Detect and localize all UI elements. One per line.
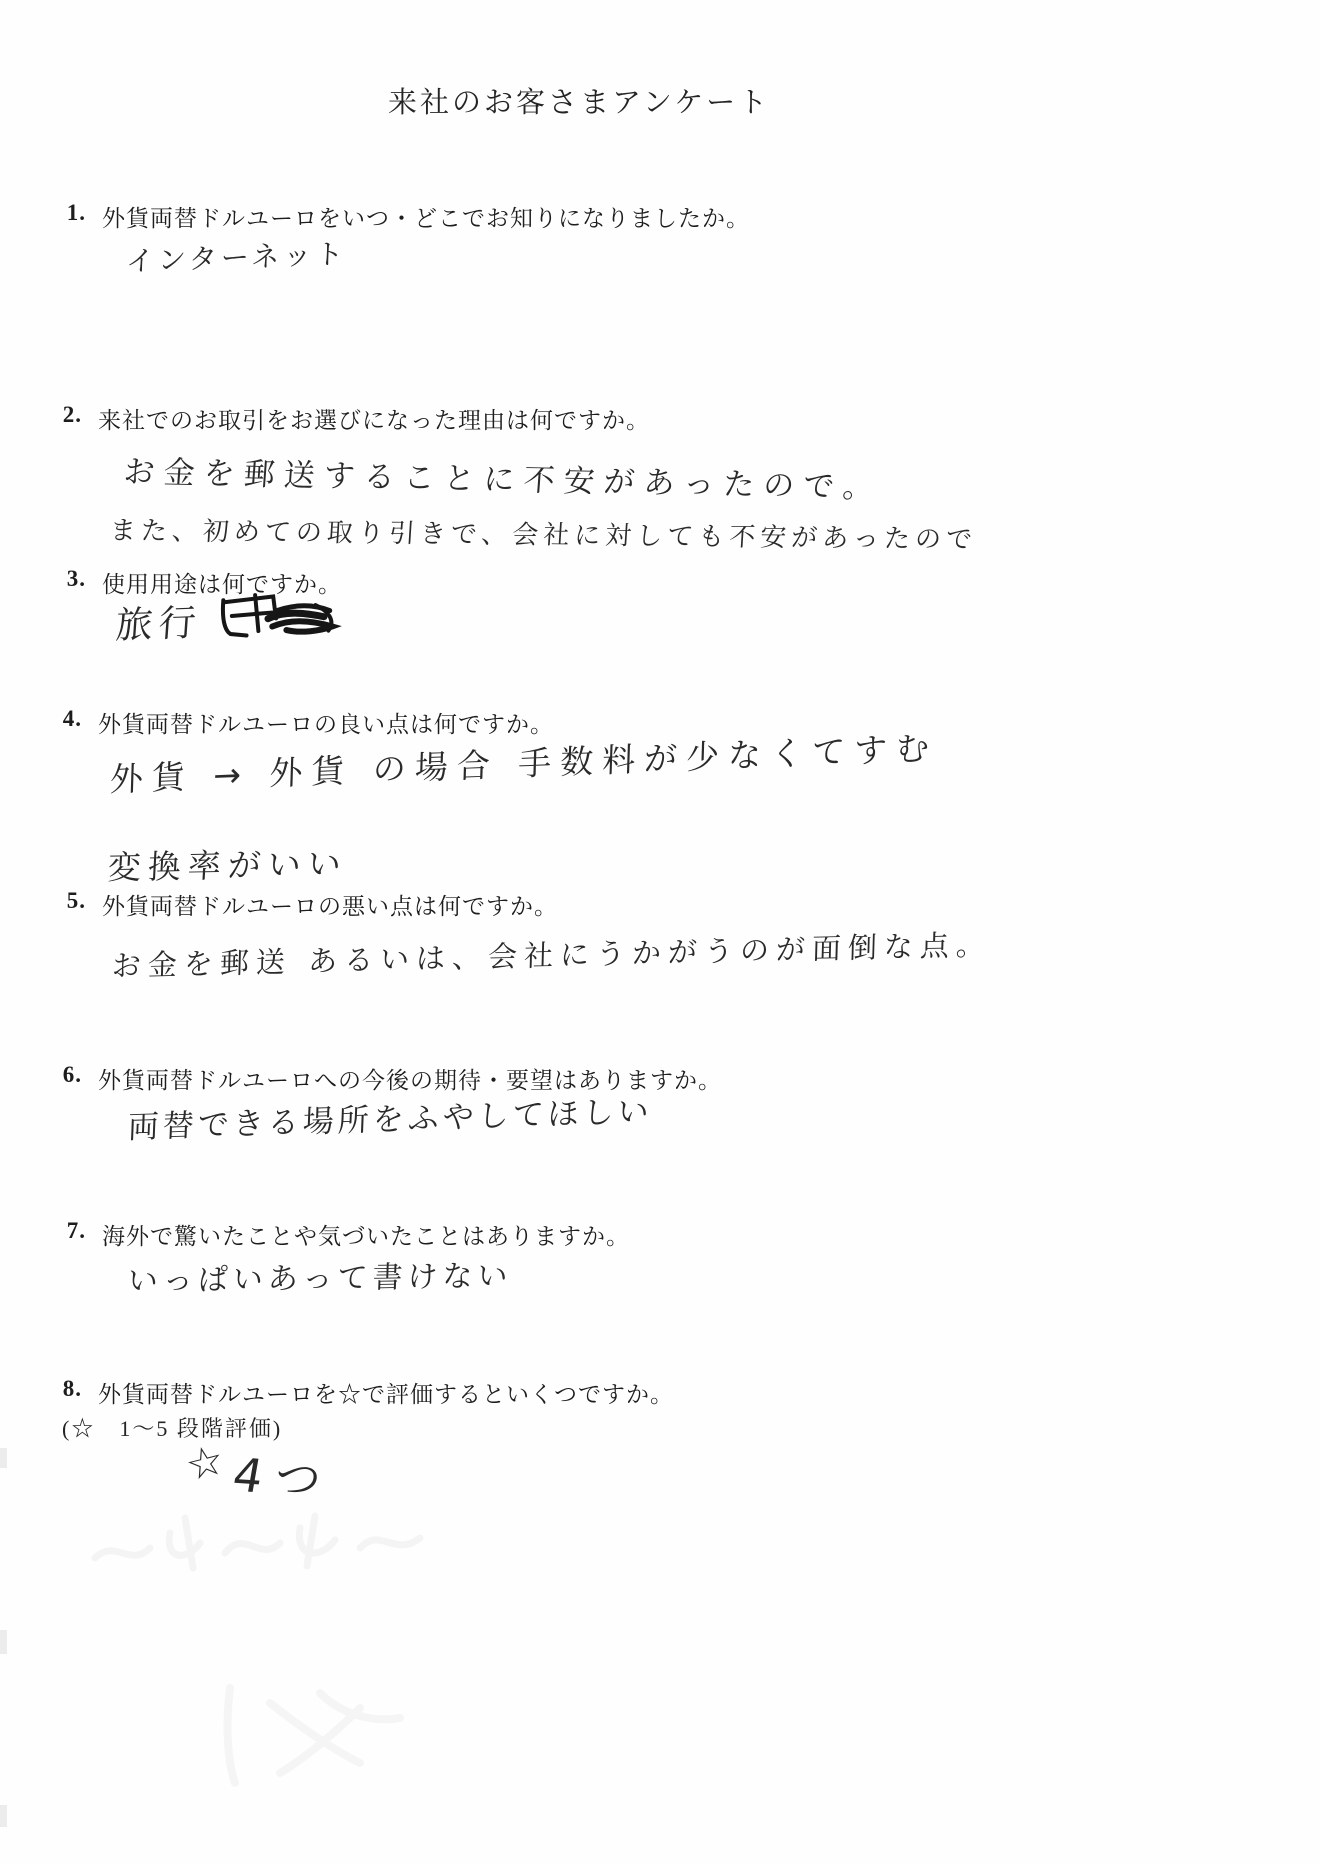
- handwritten-answer-5: お金を郵送 あるいは、会社にうかがうのが面倒な点。: [111, 922, 992, 985]
- handwritten-answer-2-line-1: お金を郵送することに不安があったので。: [122, 446, 884, 507]
- handwritten-answer-1: インターネット: [125, 232, 348, 280]
- handwritten-answer-7: いっぱいあって書けない: [127, 1251, 513, 1300]
- question-7-text: 海外で驚いたことや気づいたことはありますか。: [102, 1218, 630, 1251]
- scribble-strikethrough: [215, 586, 347, 647]
- question-7: 7. 海外で驚いたことや気づいたことはありますか。: [62, 1218, 630, 1251]
- handwritten-answer-3-text: 旅行: [114, 592, 204, 649]
- question-5-number: 5.: [62, 888, 86, 921]
- scan-edge-artifact: [0, 1805, 7, 1827]
- question-8-text: 外貨両替ドルユーロを☆で評価するといくつですか。: [98, 1376, 674, 1409]
- question-8-scale-note: (☆ 1～5 段階評価): [62, 1412, 282, 1443]
- question-6-number: 6.: [58, 1062, 82, 1095]
- hand-drawn-star-icon: ☆: [181, 1438, 228, 1488]
- question-2-number: 2.: [58, 402, 82, 435]
- question-4-text: 外貨両替ドルユーロの良い点は何ですか。: [98, 706, 554, 739]
- question-1: 1. 外貨両替ドルユーロをいつ・どこでお知りになりましたか。: [62, 200, 750, 233]
- question-4: 4. 外貨両替ドルユーロの良い点は何ですか。: [58, 706, 554, 739]
- page-title: 来社のお客さまアンケート: [388, 80, 770, 121]
- question-3-number: 3.: [62, 566, 86, 599]
- question-2-text: 来社でのお取引をお選びになった理由は何ですか。: [98, 402, 650, 435]
- question-8-number: 8.: [58, 1376, 82, 1409]
- bleed-through-mark: [75, 1498, 455, 1593]
- scan-edge-artifact: [0, 1448, 7, 1468]
- question-1-text: 外貨両替ドルユーロをいつ・どこでお知りになりましたか。: [102, 200, 750, 233]
- question-5-text: 外貨両替ドルユーロの悪い点は何ですか。: [102, 888, 558, 921]
- handwritten-answer-2-line-2: また、初めての取り引きで、会社に対しても不安があったので: [109, 510, 979, 556]
- bleed-through-mark: [200, 1668, 440, 1803]
- question-1-number: 1.: [62, 200, 86, 233]
- question-5: 5. 外貨両替ドルユーロの悪い点は何ですか。: [62, 888, 558, 921]
- handwritten-answer-3: 旅行: [115, 586, 347, 650]
- scanned-survey-page: 来社のお客さまアンケート 1. 外貨両替ドルユーロをいつ・どこでお知りになりまし…: [0, 0, 1320, 1865]
- scan-edge-artifact: [0, 1630, 7, 1654]
- question-8: 8. 外貨両替ドルユーロを☆で評価するといくつですか。: [58, 1376, 674, 1409]
- handwritten-answer-4-line-2: 変換率がいい: [107, 838, 349, 889]
- question-4-number: 4.: [58, 706, 82, 739]
- question-7-number: 7.: [62, 1218, 86, 1251]
- question-2: 2. 来社でのお取引をお選びになった理由は何ですか。: [58, 402, 650, 435]
